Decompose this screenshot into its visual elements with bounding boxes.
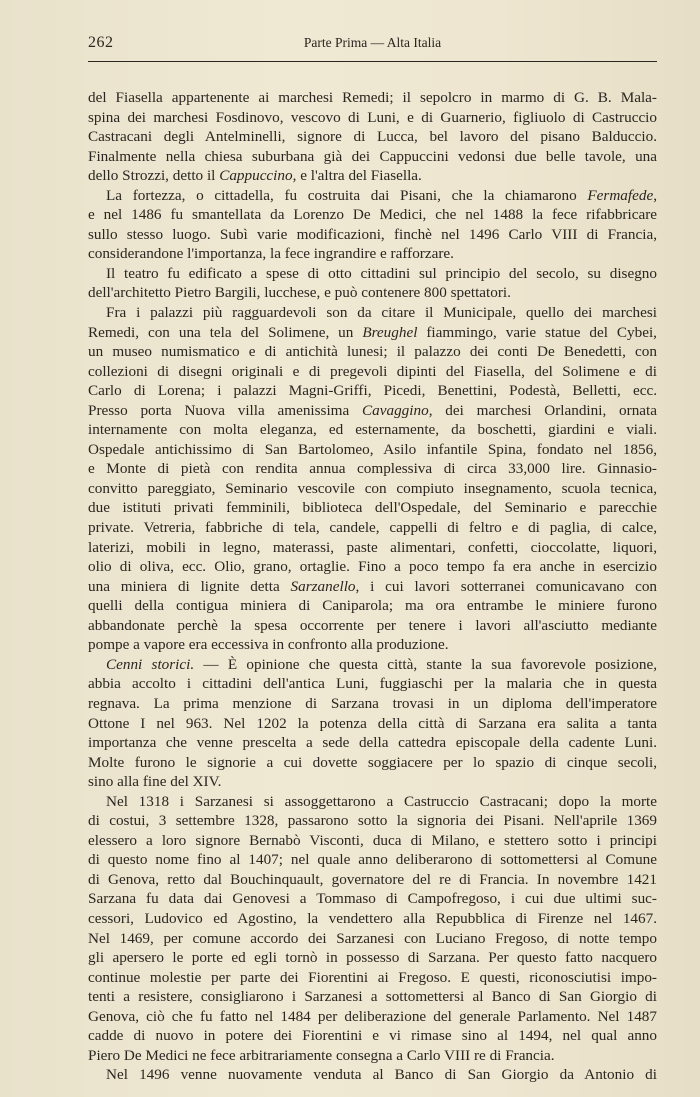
running-title: Parte Prima — Alta Italia bbox=[88, 35, 657, 51]
text-line: spina dei marchesi Fosdinovo, vescovo di… bbox=[88, 108, 657, 128]
book-page: 262 Parte Prima — Alta Italia del Fiasel… bbox=[0, 0, 700, 1097]
text-line: olio di oliva, ecc. Olio, grano, ortagli… bbox=[88, 557, 657, 577]
text-line: di Genova, retto dal Bouchinquault, gove… bbox=[88, 870, 657, 890]
italic-term: Cenni storici. bbox=[106, 656, 194, 673]
italic-term: Cavaggino bbox=[362, 402, 429, 419]
text-segment: , e l'altra del Fiasella. bbox=[293, 167, 422, 184]
text-segment: Remedi, con una tela del Solimene, un bbox=[88, 324, 362, 341]
page-header: 262 Parte Prima — Alta Italia bbox=[88, 34, 657, 56]
header-rule bbox=[88, 61, 657, 62]
text-segment: , dei marchesi Orlandini, ornata bbox=[429, 402, 657, 419]
text-line: Nel 1469, per comune accordo dei Sarzane… bbox=[88, 929, 657, 949]
text-segment: , bbox=[653, 187, 657, 204]
text-line: La fortezza, o cittadella, fu costruita … bbox=[88, 186, 657, 206]
text-segment: La fortezza, o cittadella, fu costruita … bbox=[106, 187, 587, 204]
text-line: di costui, 3 settembre 1328, passarono s… bbox=[88, 811, 657, 831]
text-line: pompe a vapore era eccessiva in confront… bbox=[88, 635, 657, 655]
text-line: cadde di nuovo in potere dei Fiorentini … bbox=[88, 1026, 657, 1046]
text-line: regnava. La prima menzione di Sarzana tr… bbox=[88, 694, 657, 714]
text-line: Nel 1496 venne nuovamente venduta al Ban… bbox=[88, 1065, 657, 1085]
italic-term: Breughel bbox=[362, 324, 417, 341]
text-line: cessori, Ludovico ed Agostino, la vendet… bbox=[88, 909, 657, 929]
text-segment: fiammingo, varie statue del Cybei, bbox=[417, 324, 657, 341]
italic-term: Sarzanello bbox=[291, 578, 356, 595]
text-line: sino alla fine del XIV. bbox=[88, 772, 657, 792]
text-line: private. Vetreria, fabbriche di tela, ca… bbox=[88, 518, 657, 538]
text-line: Castracani degli Antelminelli, signore d… bbox=[88, 127, 657, 147]
text-line: Piero De Medici ne fece arbitrariamente … bbox=[88, 1046, 657, 1066]
text-segment: — È opinione che questa città, stante la… bbox=[194, 656, 657, 673]
text-line: gli apersero le porte ed egli tornò in p… bbox=[88, 948, 657, 968]
text-line: laterizi, mobili in legno, materassi, pa… bbox=[88, 538, 657, 558]
text-line: del Fiasella appartenente ai marchesi Re… bbox=[88, 88, 657, 108]
text-line: sullo stesso luogo. Subì varie modificaz… bbox=[88, 225, 657, 245]
text-line: un museo numismatico e di antichità lune… bbox=[88, 342, 657, 362]
text-line: Fra i palazzi più ragguardevoli son da c… bbox=[88, 303, 657, 323]
text-line: una miniera di lignite detta Sarzanello,… bbox=[88, 577, 657, 597]
text-line: tenti a resistere, consigliarono i Sarza… bbox=[88, 987, 657, 1007]
text-line: Finalmente nella chiesa suburbana già de… bbox=[88, 147, 657, 167]
text-line: Sarzana fu data dai Genovesi a Tommaso d… bbox=[88, 889, 657, 909]
text-line: collezioni di disegni originali e di pre… bbox=[88, 362, 657, 382]
text-line: Il teatro fu edificato a spese di otto c… bbox=[88, 264, 657, 284]
text-line: quelli della contigua miniera di Canipar… bbox=[88, 596, 657, 616]
text-line: Carlo di Lorena; i palazzi Magni-Griffi,… bbox=[88, 381, 657, 401]
text-line: abbia accolto i cittadini dell'antica Lu… bbox=[88, 674, 657, 694]
text-line: Remedi, con una tela del Solimene, un Br… bbox=[88, 323, 657, 343]
text-line: e Monte di pietà con rendita annua compl… bbox=[88, 459, 657, 479]
text-line: elessero a loro signore Bernabò Visconti… bbox=[88, 831, 657, 851]
text-segment: , i cui lavori sotterranei comunicavano … bbox=[356, 578, 657, 595]
text-line: continue molestie per parte dei Fiorenti… bbox=[88, 968, 657, 988]
text-line: abbandonate perchè la spesa occorrente p… bbox=[88, 616, 657, 636]
text-line: dell'architetto Pietro Bargili, lucchese… bbox=[88, 283, 657, 303]
text-segment: dello Strozzi, detto il bbox=[88, 167, 219, 184]
text-line: Ottone I nel 963. Nel 1202 la potenza de… bbox=[88, 714, 657, 734]
text-line: Genova, ciò che fu fatto nel 1484 per de… bbox=[88, 1007, 657, 1027]
text-line: Nel 1318 i Sarzanesi si assoggettarono a… bbox=[88, 792, 657, 812]
text-line: Presso porta Nuova villa amenissima Cava… bbox=[88, 401, 657, 421]
italic-term: Fermafede bbox=[587, 187, 653, 204]
text-line: convitto pareggiato, Seminario vescovile… bbox=[88, 479, 657, 499]
text-line: di questo nome fino al 1407; nel quale a… bbox=[88, 850, 657, 870]
text-line: importanza che venne prescelta a sede de… bbox=[88, 733, 657, 753]
text-line: Ospedale antichissimo di San Bartolomeo,… bbox=[88, 440, 657, 460]
italic-term: Cappuccino bbox=[219, 167, 292, 184]
text-line: due istituti privati femminili, bibliote… bbox=[88, 498, 657, 518]
text-line: Cenni storici. — È opinione che questa c… bbox=[88, 655, 657, 675]
body-text: del Fiasella appartenente ai marchesi Re… bbox=[88, 88, 657, 1085]
text-line: e nel 1486 fu smantellata da Lorenzo De … bbox=[88, 205, 657, 225]
text-line: Molte furono le signorie a cui dovette s… bbox=[88, 753, 657, 773]
text-line: considerandone l'importanza, la fece ing… bbox=[88, 244, 657, 264]
text-line: dello Strozzi, detto il Cappuccino, e l'… bbox=[88, 166, 657, 186]
text-segment: una miniera di lignite detta bbox=[88, 578, 291, 595]
text-line: internamente con molta eleganza, ed este… bbox=[88, 420, 657, 440]
text-segment: Presso porta Nuova villa amenissima bbox=[88, 402, 362, 419]
